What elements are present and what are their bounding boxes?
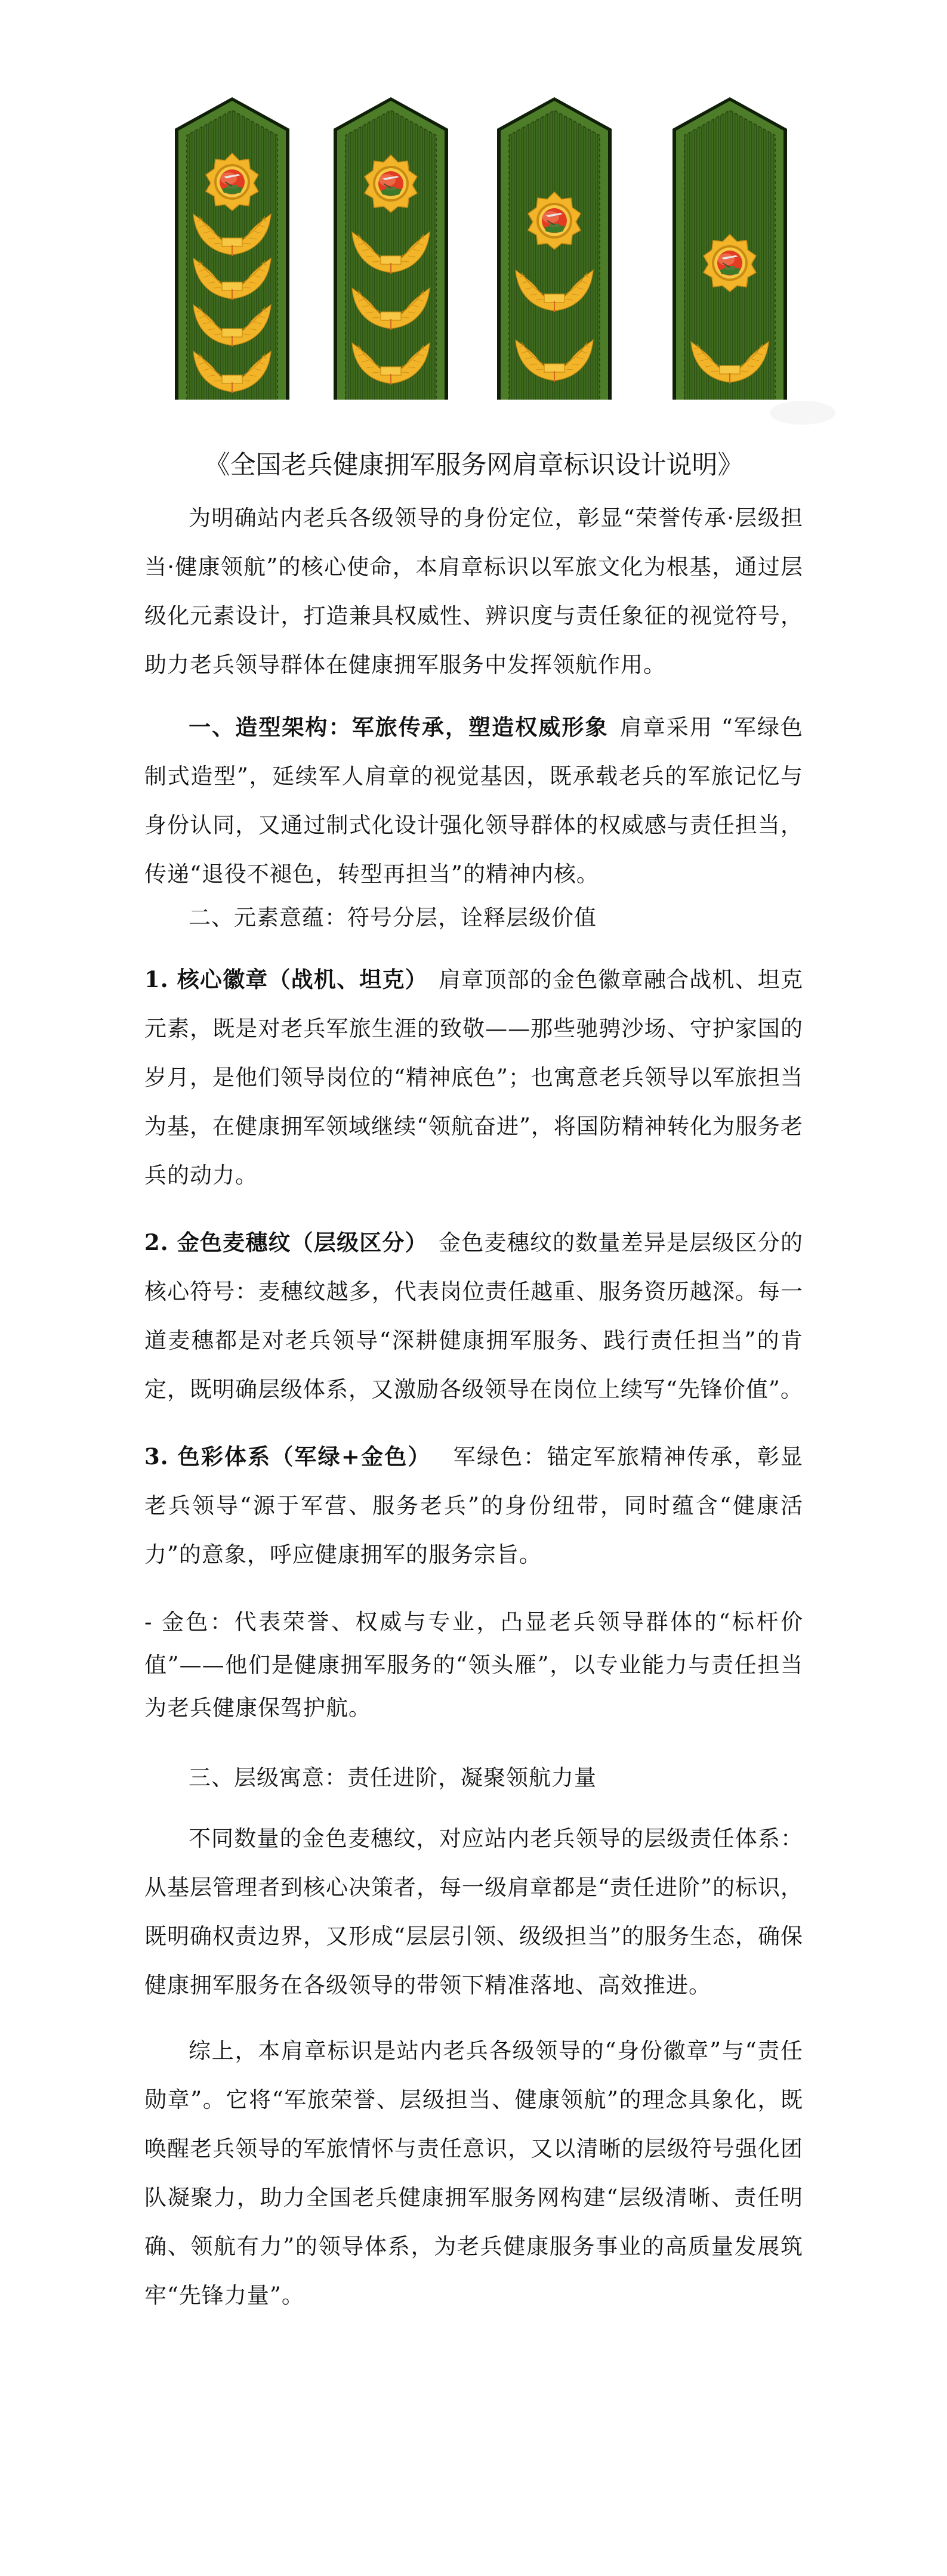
emblem-icon [202,152,262,212]
item-1-heading: 1. 核心徽章（战机、坦克） [144,966,428,992]
wheat-ear-icon [187,252,277,301]
wheat-ear-icon [510,334,599,383]
wheat-ear-icon [187,299,277,348]
epaulette-illustration [0,0,947,429]
section-2-item-2: 2. 金色麦穗纹（层级区分）金色麦穗纹的数量差异是层级区分的核心符号：麦穗纹越多… [144,1218,803,1414]
section-2-item-1: 1. 核心徽章（战机、坦克）肩章顶部的金色徽章融合战机、坦克元素，既是对老兵军旅… [144,955,803,1200]
document-title: 《全国老兵健康拥军服务网肩章标识设计说明》 [144,441,803,489]
wheat-ear-icon [685,336,775,385]
epaulette-level-3 [334,97,448,400]
emblem-icon [361,154,421,214]
gold-color-note: - 金色：代表荣誉、权威与专业，凸显老兵领导群体的“标杆价值”——他们是健康拥军… [144,1601,803,1730]
section-1-paragraph: 一、造型架构：军旅传承，塑造权威形象肩章采用 “军绿色制式造型”，延续军人肩章的… [144,703,803,899]
item-3-heading: 3. 色彩体系（军绿+金色） [144,1443,431,1470]
wheat-ear-icon [510,264,599,313]
section-1-body: 肩章采用 “军绿色制式造型”，延续军人肩章的视觉基因，既承载老兵的军旅记忆与身份… [144,715,803,887]
item-2-heading: 2. 金色麦穗纹（层级区分） [144,1229,428,1255]
image-shadow [770,401,835,425]
section-1-heading: 一、造型架构：军旅传承，塑造权威形象 [189,714,609,740]
intro-paragraph: 为明确站内老兵各级领导的身份定位，彰显“荣誉传承·层级担当·健康领航”的核心使命… [144,494,803,689]
conclusion-paragraph: 综上，本肩章标识是站内老兵各级领导的“身份徽章”与“责任勋章”。它将“军旅荣誉、… [144,2027,803,2320]
item-2-body: 金色麦穗纹的数量差异是层级区分的核心符号：麦穗纹越多，代表岗位责任越重、服务资历… [144,1230,803,1402]
wheat-ear-icon [187,208,277,257]
wheat-ear-icon [187,345,277,394]
emblem-icon [700,233,760,293]
wheat-ear-icon [346,337,436,386]
epaulette-level-1 [673,97,787,400]
emblem-icon [525,191,584,251]
design-description-document: 《全国老兵健康拥军服务网肩章标识设计说明》 为明确站内老兵各级领导的身份定位，彰… [144,441,803,2320]
wheat-ear-icon [346,282,436,331]
section-2-item-3: 3. 色彩体系（军绿+金色）军绿色：锚定军旅精神传承，彰显老兵领导“源于军营、服… [144,1432,803,1579]
epaulette-level-4 [175,97,289,400]
section-3-heading: 三、层级寓意：责任进阶，凝聚领航力量 [144,1754,803,1802]
epaulette-level-2 [497,97,612,400]
wheat-ear-icon [346,226,436,275]
section-2-heading: 二、元素意蕴：符号分层，诠释层级价值 [144,899,803,937]
item-1-body: 肩章顶部的金色徽章融合战机、坦克元素，既是对老兵军旅生涯的致敬——那些驰骋沙场、… [144,967,803,1188]
section-3-body: 不同数量的金色麦穗纹，对应站内老兵领导的层级责任体系：从基层管理者到核心决策者，… [144,1814,803,2010]
